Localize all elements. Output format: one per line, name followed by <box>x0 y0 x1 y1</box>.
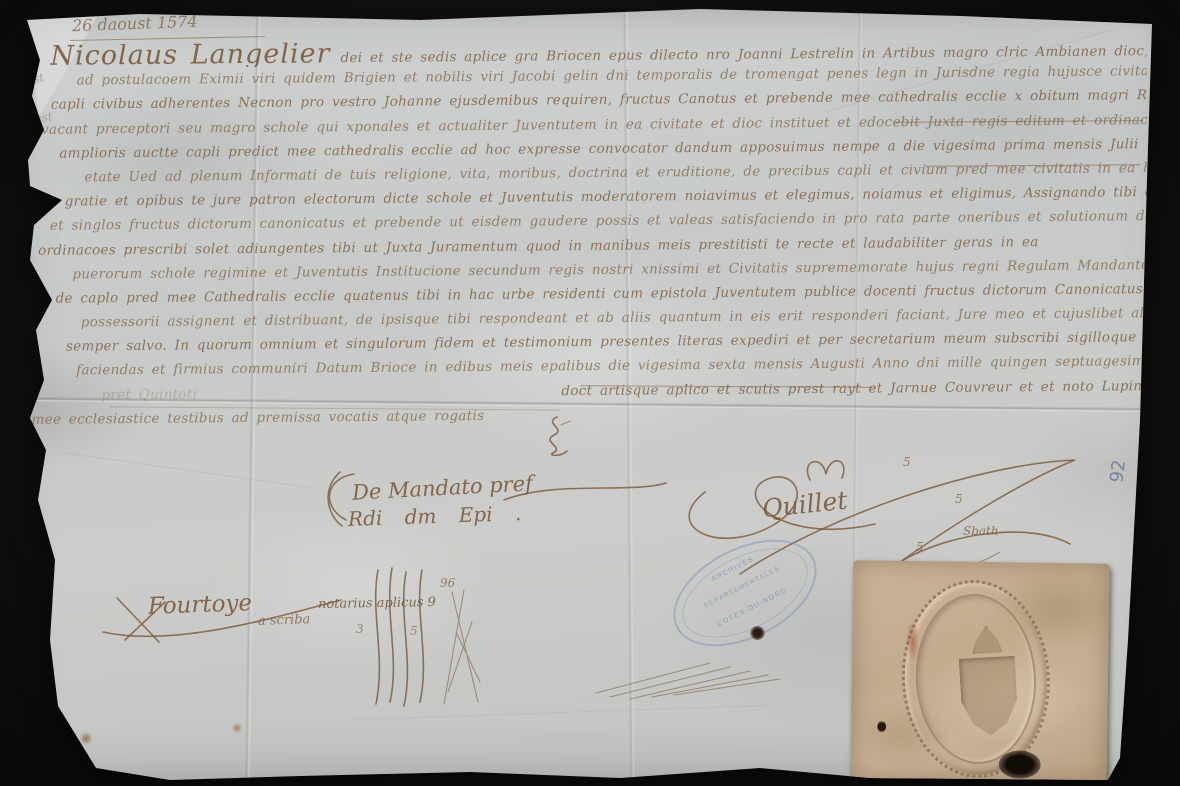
stain-spot <box>80 731 92 746</box>
embossed-seal-inner-ring <box>911 591 1040 767</box>
mandato-swash-icon <box>500 478 670 504</box>
wrinkle <box>61 452 319 491</box>
seal-coat-of-arms-icon <box>959 656 1019 737</box>
ink-blot <box>750 626 765 640</box>
parchment-document: 26 daoust 1574 est regest Nicolaus Lange… <box>0 0 1180 786</box>
body-line-text: mee ecclesiastice testibus ad premissa v… <box>32 408 485 428</box>
date-underline <box>70 36 265 41</box>
paraph-mark: 5 <box>903 455 911 469</box>
date-annotation: 26 daoust 1574 <box>72 12 198 35</box>
manuscript-text-block: Nicolaus Langelierdei et ste sedis aplic… <box>28 35 1149 432</box>
seal-paper-square <box>850 560 1109 784</box>
notary-signature-subscript: a scriba <box>258 612 311 629</box>
notarial-paraph-icon <box>543 415 571 459</box>
mandato-signature-line2: Rdi dm Epi . <box>348 501 522 531</box>
parchment-shadow-wrap: 26 daoust 1574 est regest Nicolaus Lange… <box>0 0 1180 786</box>
opening-initial-name: Nicolaus Langelier <box>50 38 340 69</box>
pen-hatching-icon <box>590 645 785 700</box>
notary-flourish-column-icon <box>360 562 490 710</box>
paraph-mark: 5 <box>410 624 418 638</box>
pencil-folio-number: 92 <box>1106 438 1137 485</box>
paraph-mark: 5 <box>916 540 924 554</box>
stain-spot <box>232 722 242 734</box>
photo-of-manuscript: 26 daoust 1574 est regest Nicolaus Lange… <box>0 0 1180 786</box>
paraph-mark: Sbath <box>963 524 999 538</box>
paraph-mark: 3 <box>356 622 364 636</box>
paraph-mark: 5 <box>955 492 963 506</box>
notary-signature-name: Fourtoye <box>148 590 253 620</box>
paraph-mark: 96 <box>440 576 455 590</box>
faint-insertion: pret Quintoti <box>101 382 197 407</box>
seal-mitre-icon <box>971 624 1003 654</box>
wax-blot <box>999 750 1041 779</box>
